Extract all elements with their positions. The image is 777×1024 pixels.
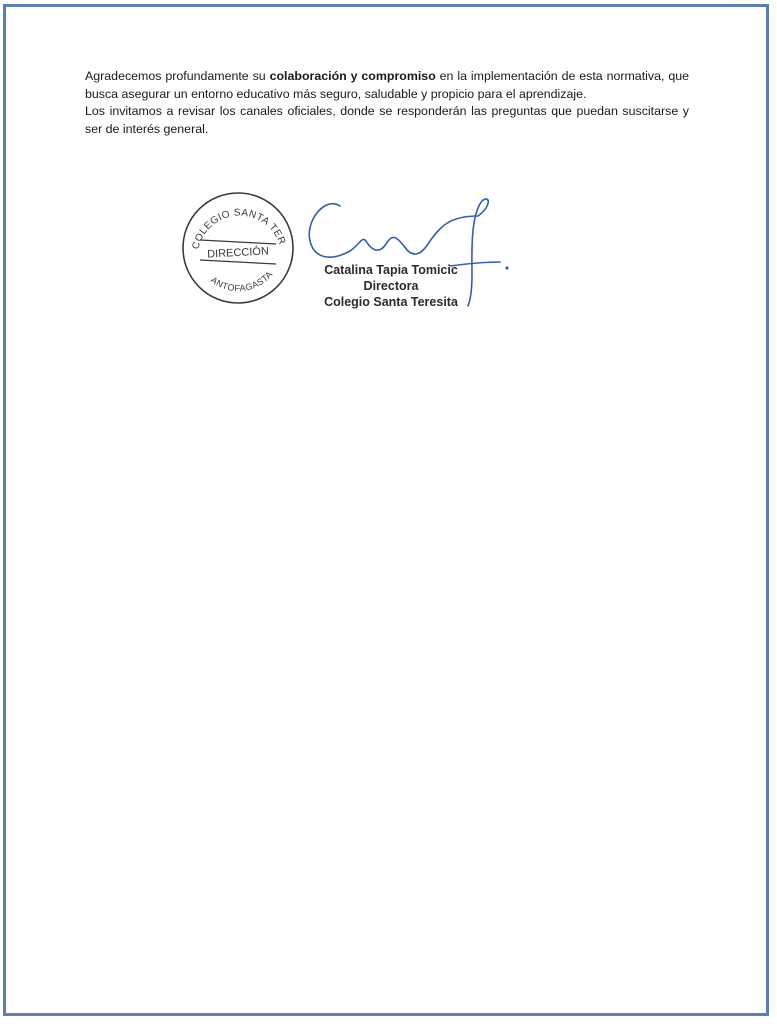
stamp-bottom-text: ANTOFAGASTA <box>209 269 275 293</box>
signatory-block: Catalina Tapia Tomicic Directora Colegio… <box>306 262 476 310</box>
page-border-frame <box>3 4 769 1016</box>
signatory-institution: Colegio Santa Teresita <box>306 294 476 310</box>
svg-text:ANTOFAGASTA: ANTOFAGASTA <box>209 269 275 293</box>
paragraph-text: Agradecemos profundamente su <box>85 69 270 83</box>
document-body: Agradecemos profundamente su colaboració… <box>85 68 689 138</box>
paragraph-channels: Los invitamos a revisar los canales ofic… <box>85 103 689 138</box>
stamp-center-text: DIRECCIÓN <box>207 244 269 260</box>
emphasis-text: colaboración y compromiso <box>270 69 436 83</box>
institution-stamp: COLEGIO SANTA TERESITA DIRECCIÓN ANTOFAG… <box>180 190 296 306</box>
signatory-name: Catalina Tapia Tomicic <box>306 262 476 278</box>
paragraph-gratitude: Agradecemos profundamente su colaboració… <box>85 68 689 103</box>
signatory-title: Directora <box>306 278 476 294</box>
